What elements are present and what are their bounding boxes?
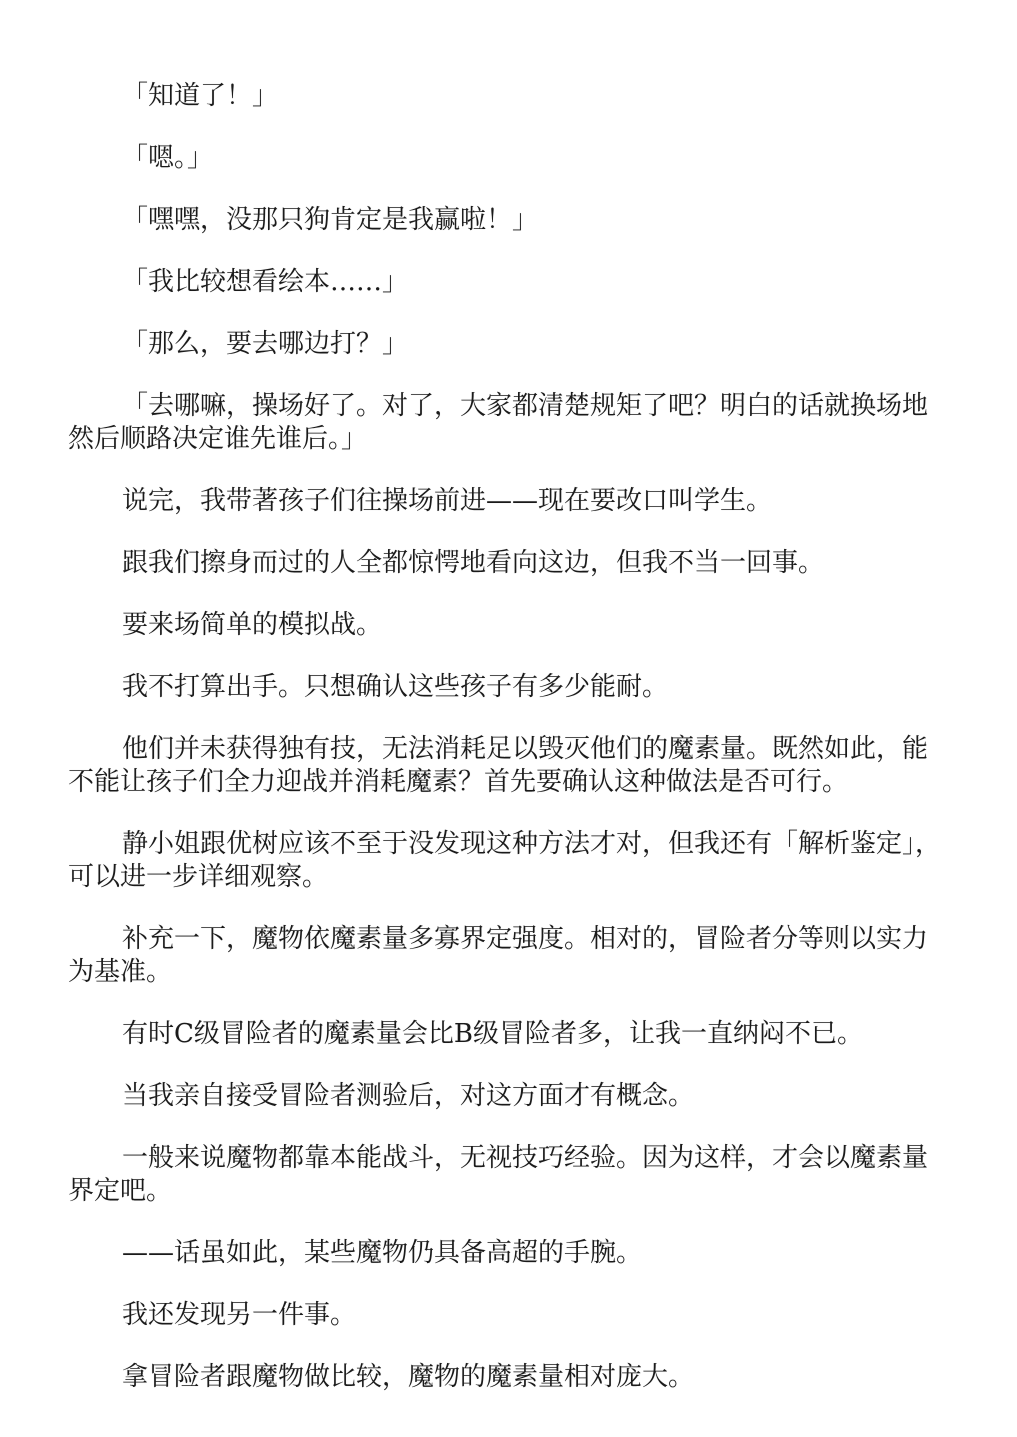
paragraph: 「去哪嘛，操场好了。对了，大家都清楚规矩了吧？明白的话就换场地然后顺路决定谁先谁… [68,390,948,456]
paragraph: 静小姐跟优树应该不至于没发现这种方法才对，但我还有「解析鉴定」，可以进一步详细观… [68,828,948,894]
paragraph: 拿冒险者跟魔物做比较，魔物的魔素量相对庞大。 [68,1361,948,1394]
paragraph: 说完，我带著孩子们往操场前进——现在要改口叫学生。 [68,485,948,518]
paragraph: 一般来说魔物都靠本能战斗，无视技巧经验。因为这样，才会以魔素量界定吧。 [68,1142,948,1208]
paragraph: ——话虽如此，某些魔物仍具备高超的手腕。 [68,1237,948,1270]
paragraph: 「知道了！」 [68,80,948,113]
paragraph: 我不打算出手。只想确认这些孩子有多少能耐。 [68,671,948,704]
paragraph: 当我亲自接受冒险者测验后，对这方面才有概念。 [68,1080,948,1113]
paragraph: 我还发现另一件事。 [68,1299,948,1332]
paragraph: 「嗯。」 [68,142,948,175]
paragraph: 有时C级冒险者的魔素量会比B级冒险者多，让我一直纳闷不已。 [68,1018,948,1051]
document-page: 「知道了！」 「嗯。」 「嘿嘿，没那只狗肯定是我赢啦！」 「我比较想看绘本……」… [68,80,948,1423]
paragraph: 「嘿嘿，没那只狗肯定是我赢啦！」 [68,204,948,237]
paragraph: 「我比较想看绘本……」 [68,266,948,299]
paragraph: 补充一下，魔物依魔素量多寡界定强度。相对的，冒险者分等则以实力为基准。 [68,923,948,989]
paragraph: 跟我们擦身而过的人全都惊愕地看向这边，但我不当一回事。 [68,547,948,580]
paragraph: 他们并未获得独有技，无法消耗足以毁灭他们的魔素量。既然如此，能不能让孩子们全力迎… [68,733,948,799]
paragraph: 要来场简单的模拟战。 [68,609,948,642]
paragraph: 「那么，要去哪边打？」 [68,328,948,361]
